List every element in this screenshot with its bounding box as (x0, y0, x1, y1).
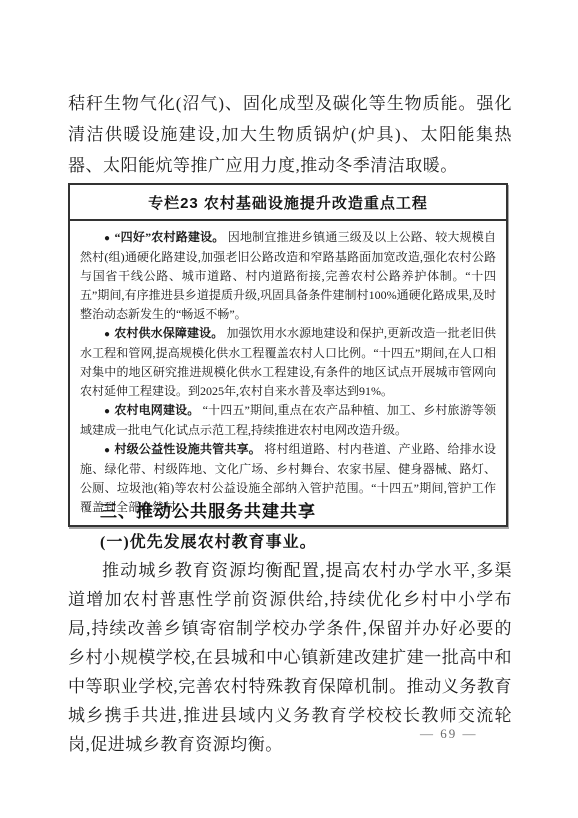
bullet-icon: ● (104, 445, 110, 456)
page-number: — 69 — (420, 726, 478, 742)
infobox-item-water-supply: ● 农村供水保障建设。 加强饮用水水源地建设和保护,更新改造一批老旧供水工程和管… (80, 324, 496, 401)
bullet-icon: ● (104, 406, 110, 417)
item-lead: 村级公益性设施共管共享。 (114, 442, 261, 456)
infobox-item-power-grid: ● 农村电网建设。 “十四五”期间,重点在农产品种植、加工、乡村旅游等领域建成一… (80, 401, 496, 440)
infobox-title: 专栏23 农村基础设施提升改造重点工程 (70, 185, 506, 221)
item-lead: 农村电网建设。 (114, 403, 199, 417)
section-heading: 三、推动公共服务共建共享 (100, 497, 316, 522)
infobox: 专栏23 农村基础设施提升改造重点工程 ● “四好”农村路建设。 因地制宜推进乡… (68, 183, 508, 527)
bullet-icon: ● (104, 233, 110, 244)
infobox-item-rural-roads: ● “四好”农村路建设。 因地制宜推进乡镇通三级及以上公路、较大规模自然村(组)… (80, 228, 496, 324)
bullet-icon: ● (104, 329, 110, 340)
item-lead: 农村供水保障建设。 (114, 326, 223, 340)
infobox-body: ● “四好”农村路建设。 因地制宜推进乡镇通三级及以上公路、较大规模自然村(组)… (70, 221, 506, 525)
document-page: 秸秆生物气化(沼气)、固化成型及碳化等生物质能。强化清洁供暖设施建设,加大生物质… (0, 0, 578, 818)
intro-paragraph: 秸秆生物气化(沼气)、固化成型及碳化等生物质能。强化清洁供暖设施建设,加大生物质… (68, 88, 512, 181)
item-lead: “四好”农村路建设。 (114, 230, 224, 244)
subsection-heading: (一)优先发展农村教育事业。 (100, 529, 317, 552)
